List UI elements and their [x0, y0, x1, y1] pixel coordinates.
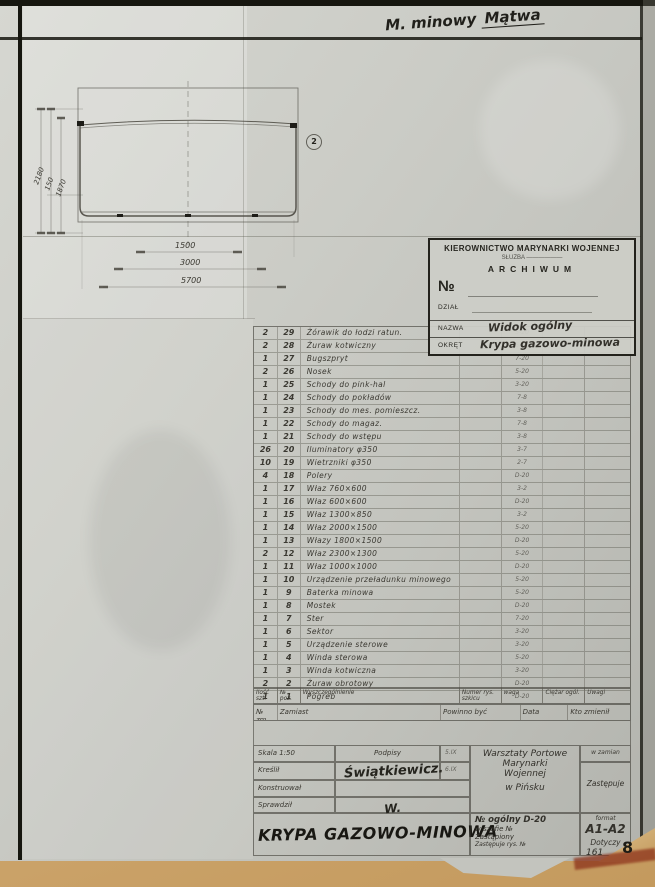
table-cell [543, 366, 585, 378]
corner-number-bold: 8 [622, 838, 633, 857]
signature: Świątkiewicz. [344, 762, 440, 782]
table-cell: Baterka minowa [301, 587, 460, 599]
table-cell [543, 431, 585, 443]
checked-by-cell: Sprawdził [253, 797, 335, 813]
table-cell [460, 600, 502, 612]
table-cell [460, 444, 502, 456]
stamp-nazwa-label: NAZWA [438, 325, 464, 332]
table-cell [460, 522, 502, 534]
zastepuje-cell: Zastępuje [580, 762, 631, 813]
table-cell: 7-8 [502, 392, 544, 404]
table-row: 2620Iluminatory φ3503-7 [254, 444, 630, 457]
table-row: 123Schody do mes. pomieszcz.3-8 [254, 405, 630, 418]
header-cell: Zamiast [278, 705, 441, 720]
table-cell: 7-20 [502, 613, 544, 625]
table-cell: 10 [278, 574, 301, 586]
table-cell [585, 522, 630, 534]
table-cell: 3 [278, 665, 301, 677]
table-cell [585, 405, 630, 417]
photo-right-edge [643, 0, 655, 860]
table-cell: Mostek [301, 600, 460, 612]
table-row: 14Winda sterowa5-20 [254, 652, 630, 665]
table-cell: 19 [278, 457, 301, 469]
dim-label: 5700 [181, 276, 201, 285]
table-cell: 5 [278, 639, 301, 651]
table-cell: Włazy 1800×1500 [301, 535, 460, 547]
table-cell: D-20 [502, 496, 544, 508]
scale-label: Skala 1:50 [254, 746, 334, 757]
table-row: 1019Wietrzniki φ3502-7 [254, 457, 630, 470]
table-cell [543, 665, 585, 677]
archival-drawing-sheet: M. minowy Mątwa 2180 150 1870 [0, 0, 655, 887]
table-cell: 24 [278, 392, 301, 404]
table-cell [460, 548, 502, 560]
table-cell [543, 483, 585, 495]
table-cell: 5-20 [502, 522, 544, 534]
table-cell [460, 405, 502, 417]
table-cell [585, 587, 630, 599]
table-cell: 2 [254, 366, 278, 378]
table-row: 124Schody do pokładów7-8 [254, 392, 630, 405]
table-cell: 15 [278, 509, 301, 521]
table-cell: Iluminatory φ350 [301, 444, 460, 456]
table-cell [543, 418, 585, 430]
table-cell: Właz 1000×1000 [301, 561, 460, 573]
table-cell [585, 574, 630, 586]
table-cell [585, 509, 630, 521]
table-row: 15Urządzenie sterowe3-20 [254, 639, 630, 652]
table-cell [543, 444, 585, 456]
header-cell: Wyszczególnienie [301, 689, 460, 703]
table-row: 111Właz 1000×1000D-20 [254, 561, 630, 574]
table-cell [543, 548, 585, 560]
table-cell: 2 [254, 548, 278, 560]
table-cell [543, 561, 585, 573]
table-cell [460, 665, 502, 677]
underline [472, 312, 592, 313]
table-cell: 1 [254, 379, 278, 391]
table-cell: 4 [278, 652, 301, 664]
table-cell: Winda sterowa [301, 652, 460, 664]
filing-cell: № ogólny D-20 w szafie № Zastąpiony Zast… [470, 813, 580, 856]
zastapiony: Zastąpiony [475, 833, 579, 841]
table-cell: 26 [254, 444, 278, 456]
table-cell [543, 600, 585, 612]
table-cell: 5-20 [502, 574, 544, 586]
table-row: 113Włazy 1800×1500D-20 [254, 535, 630, 548]
table-cell [585, 483, 630, 495]
table-cell: Wietrzniki φ350 [301, 457, 460, 469]
table-cell: Winda kotwiczna [301, 665, 460, 677]
table-row: 122Schody do magaz.7-8 [254, 418, 630, 431]
date-value: 6.IX [441, 763, 469, 773]
w-zamian-label: w zamian [581, 746, 630, 756]
table-cell: 21 [278, 431, 301, 443]
table-cell [585, 613, 630, 625]
table-cell: 1 [254, 535, 278, 547]
drawn-by-label: Kreślił [254, 763, 334, 774]
table-cell: D-20 [502, 600, 544, 612]
institution-line: Marynarki [471, 759, 579, 769]
date-cell: 5.IX [440, 745, 470, 762]
table-cell [460, 483, 502, 495]
table-cell: Schody do pokładów [301, 392, 460, 404]
main-title-cell: KRYPA GAZOWO-MINOWA [253, 813, 470, 856]
header-cell: № poz. [278, 689, 301, 703]
table-cell: 4 [254, 470, 278, 482]
table-cell: 1 [254, 431, 278, 443]
underline [468, 296, 598, 297]
table-cell [460, 652, 502, 664]
table-cell: 7-8 [502, 418, 544, 430]
table-cell: Właz 600×600 [301, 496, 460, 508]
hull-outline [78, 81, 298, 245]
table-cell: Urządzenie przeładunku minowego [301, 574, 460, 586]
table-cell [585, 457, 630, 469]
table-cell [585, 548, 630, 560]
table-cell [543, 535, 585, 547]
table-cell [460, 496, 502, 508]
table-cell: 3-20 [502, 665, 544, 677]
table-cell [460, 470, 502, 482]
dim-label: 3000 [180, 258, 200, 267]
header-cell: Numer rys. szkicu [460, 689, 502, 703]
table-cell: D-20 [502, 470, 544, 482]
scale-cell: Skala 1:50 [253, 745, 335, 762]
table-cell [585, 470, 630, 482]
table-cell [543, 379, 585, 391]
table-cell: 3-20 [502, 639, 544, 651]
table-cell [585, 652, 630, 664]
table-cell: 11 [278, 561, 301, 573]
table-cell: 10 [254, 457, 278, 469]
table-cell: 27 [278, 353, 301, 365]
hull-section-drawing: 2180 150 1870 1500 3000 5700 [25, 75, 340, 315]
table-cell [585, 379, 630, 391]
table-cell: Właz 2300×1300 [301, 548, 460, 560]
zastepuje-rys: Zastępuje rys. № [475, 841, 579, 848]
table-row: 226Nosek5-20 [254, 366, 630, 379]
table-cell: 6 [278, 626, 301, 638]
torn-photo-flap [440, 858, 570, 878]
table-cell: 5-20 [502, 587, 544, 599]
table-cell [543, 522, 585, 534]
table-cell: 3-20 [502, 379, 544, 391]
table-cell: Sektor [301, 626, 460, 638]
table-cell: 14 [278, 522, 301, 534]
table-cell: 1 [254, 652, 278, 664]
drawn-by-signature-cell: Świątkiewicz. [335, 762, 440, 780]
table-cell: 1 [254, 613, 278, 625]
table-cell: 3-8 [502, 431, 544, 443]
frame-left [18, 0, 22, 860]
table-cell: 3-8 [502, 405, 544, 417]
signatures-header: Podpisy [336, 746, 439, 757]
table-cell: Schody do wstępu [301, 431, 460, 443]
parts-table: 229Żórawik do łodzi ratun.5-20228Żuraw k… [253, 326, 631, 688]
stamp-no-label: № [438, 278, 455, 295]
drawn-by-cell: Kreślił [253, 762, 335, 780]
table-cell [585, 600, 630, 612]
table-cell: 18 [278, 470, 301, 482]
institution-line: Warsztaty Portowe [471, 749, 579, 759]
table-cell [543, 509, 585, 521]
table-row: 18MostekD-20 [254, 600, 630, 613]
table-row: 16Sektor3-20 [254, 626, 630, 639]
table-cell [460, 613, 502, 625]
table-cell: 1 [254, 509, 278, 521]
signatures-header-cell: Podpisy [335, 745, 440, 762]
header-cell: waga [502, 689, 544, 703]
table-cell [585, 639, 630, 651]
table-row: 121Schody do wstępu3-8 [254, 431, 630, 444]
table-cell: Schody do pink-hal [301, 379, 460, 391]
header-cell: Uwagi [585, 689, 630, 703]
table-cell: 2 [254, 340, 278, 352]
table-cell [543, 496, 585, 508]
table-cell [543, 457, 585, 469]
dimension-labels-bottom: 1500 3000 5700 [175, 241, 201, 285]
table-cell [543, 652, 585, 664]
circled-item-marker: 2 [306, 134, 322, 150]
table-cell: 23 [278, 405, 301, 417]
table-cell: 1 [254, 600, 278, 612]
table-cell [543, 470, 585, 482]
table-header-row: Ilość szt.№ poz.WyszczególnienieNumer ry… [253, 688, 631, 704]
header-cell: Kto zmienił [568, 705, 630, 720]
table-cell [585, 431, 630, 443]
table-cell: D-20 [502, 561, 544, 573]
no-ogolny: № ogólny D-20 [475, 815, 579, 825]
table-cell: 9 [278, 587, 301, 599]
table-cell: Ster [301, 613, 460, 625]
table-cell [460, 587, 502, 599]
table-cell [585, 535, 630, 547]
table-cell: 3-20 [502, 626, 544, 638]
table-cell: Właz 760×600 [301, 483, 460, 495]
zastepuje-label: Zastępuje [581, 779, 630, 788]
table-cell: 13 [278, 535, 301, 547]
dimension-labels-left: 2180 150 1870 [32, 166, 68, 198]
table-cell [585, 626, 630, 638]
institution-line: Wojennej [471, 769, 579, 779]
designed-by-label: Konstruował [254, 781, 334, 792]
table-cell: Nosek [301, 366, 460, 378]
table-row: 117Właz 760×6003-2 [254, 483, 630, 496]
table-cell: Właz 1300×850 [301, 509, 460, 521]
table-cell [585, 665, 630, 677]
table-cell: 1 [254, 574, 278, 586]
corner-number: 161 [586, 848, 603, 858]
table-cell: 1 [254, 587, 278, 599]
photo-blotch [90, 430, 230, 650]
photo-blotch [480, 60, 620, 200]
header-cell: Ilość szt. [254, 689, 278, 703]
header-cell: Data [521, 705, 569, 720]
table-cell: 1 [254, 639, 278, 651]
table-cell: 3-2 [502, 509, 544, 521]
table-cell: 3-2 [502, 483, 544, 495]
hull-fittings [77, 121, 297, 217]
table-cell: Właz 2000×1500 [301, 522, 460, 534]
table-cell [460, 392, 502, 404]
table-cell: 25 [278, 379, 301, 391]
table-cell [460, 561, 502, 573]
frame-top-inner [0, 37, 642, 40]
drawing-title: KRYPA GAZOWO-MINOWA [258, 822, 469, 845]
table-cell [585, 561, 630, 573]
header-cell: Powinno być [441, 705, 521, 720]
table-cell: 8 [278, 600, 301, 612]
table-cell [585, 444, 630, 456]
institution-cell: Warsztaty Portowe Marynarki Wojennej w P… [470, 745, 580, 813]
table-cell [543, 392, 585, 404]
date-cell: 6.IX [440, 762, 470, 780]
table-row: 110Urządzenie przeładunku minowego5-20 [254, 574, 630, 587]
checked-by-signature-cell: W. [335, 797, 470, 813]
table-row: 115Właz 1300×8503-2 [254, 509, 630, 522]
table-cell [460, 639, 502, 651]
institution-line: w Pińsku [471, 783, 579, 793]
table-cell: 1 [254, 626, 278, 638]
format-value: A1-A2 [581, 822, 630, 836]
table-row: 19Baterka minowa5-20 [254, 587, 630, 600]
table-cell: 1 [254, 418, 278, 430]
dim-label: 150 [43, 176, 55, 192]
dim-label: 1500 [175, 241, 195, 250]
table-cell [585, 366, 630, 378]
table-row: 17Ster7-20 [254, 613, 630, 626]
stamp-dzial-label: DZIAŁ [438, 304, 459, 311]
table-cell: 28 [278, 340, 301, 352]
table-cell: 5-20 [502, 652, 544, 664]
table-row: 125Schody do pink-hal3-20 [254, 379, 630, 392]
table-cell: 1 [254, 483, 278, 495]
table-cell: 7 [278, 613, 301, 625]
table-cell [460, 574, 502, 586]
date-value: 5.IX [441, 746, 469, 756]
empty-band [253, 721, 631, 745]
table-cell [543, 613, 585, 625]
table-cell: 5-20 [502, 366, 544, 378]
stamp-title: KIEROWNICTWO MARYNARKI WOJENNEJ [430, 244, 634, 253]
table-cell [543, 587, 585, 599]
table-cell [460, 379, 502, 391]
table-cell: 1 [254, 353, 278, 365]
table-cell: 22 [278, 418, 301, 430]
table-cell: 1 [254, 561, 278, 573]
table-cell [585, 418, 630, 430]
table-cell [585, 496, 630, 508]
table-cell: 1 [254, 392, 278, 404]
w-szafie: w szafie № [475, 825, 579, 833]
table-cell [460, 431, 502, 443]
table-cell [543, 574, 585, 586]
table-cell: 26 [278, 366, 301, 378]
crease-line [23, 318, 255, 319]
checked-by-label: Sprawdził [254, 798, 334, 809]
table-cell: 2 [254, 327, 278, 339]
stamp-nazwa-value: Widok ogólny [488, 319, 573, 335]
table-cell [543, 626, 585, 638]
stamp-subtitle: SŁUŻBA —————— [430, 255, 634, 261]
stamp-okret-value: Krypa gazowo-minowa [480, 336, 620, 351]
table-cell [460, 626, 502, 638]
header-cell: Ciężar ogól. [543, 689, 585, 703]
table-row: 212Właz 2300×13005-20 [254, 548, 630, 561]
table-cell: Polery [301, 470, 460, 482]
table-cell: 5-20 [502, 548, 544, 560]
table-cell: Urządzenie sterowe [301, 639, 460, 651]
table-cell: 1 [254, 496, 278, 508]
dim-label: 1870 [54, 178, 68, 198]
table-cell: Schody do magaz. [301, 418, 460, 430]
change-log-row: № zm.ZamiastPowinno byćDataKto zmienił [253, 704, 631, 721]
table-cell [585, 392, 630, 404]
table-cell [460, 418, 502, 430]
stamp-okret-label: OKRĘT [438, 342, 463, 349]
archive-stamp: KIEROWNICTWO MARYNARKI WOJENNEJ SŁUŻBA —… [428, 238, 636, 356]
format-label: format [581, 814, 630, 822]
table-cell [460, 366, 502, 378]
table-cell: 16 [278, 496, 301, 508]
table-row: 116Właz 600×600D-20 [254, 496, 630, 509]
table-cell: 17 [278, 483, 301, 495]
table-cell [543, 405, 585, 417]
table-cell [460, 535, 502, 547]
table-cell: 1 [254, 665, 278, 677]
w-zamian-cell: w zamian [580, 745, 631, 762]
table-cell: 20 [278, 444, 301, 456]
table-cell: 2-7 [502, 457, 544, 469]
table-cell [543, 639, 585, 651]
table-cell: 12 [278, 548, 301, 560]
table-row: 418PoleryD-20 [254, 470, 630, 483]
table-cell: 29 [278, 327, 301, 339]
table-row: 13Winda kotwiczna3-20 [254, 665, 630, 678]
stamp-archive-label: ARCHIWUM [430, 264, 634, 274]
table-cell: 3-7 [502, 444, 544, 456]
table-cell: 1 [254, 522, 278, 534]
header-cell: № zm. [254, 705, 278, 720]
table-cell [460, 457, 502, 469]
designed-by-cell: Konstruował [253, 780, 335, 797]
table-cell: 1 [254, 405, 278, 417]
table-cell: D-20 [502, 535, 544, 547]
dim-label: 2180 [32, 166, 46, 186]
table-cell [460, 509, 502, 521]
table-row: 114Właz 2000×15005-20 [254, 522, 630, 535]
table-cell: Schody do mes. pomieszcz. [301, 405, 460, 417]
